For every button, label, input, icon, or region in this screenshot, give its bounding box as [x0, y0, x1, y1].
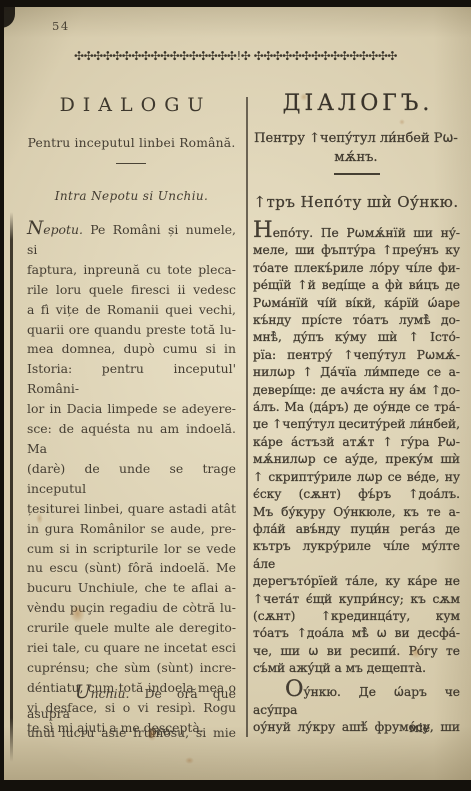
paragraph-line: рїа: пентру́ ↑чепу́тул Рѡмѫ́- [253, 347, 460, 364]
right-column-title: ДІАЛОГЪ. [252, 91, 460, 116]
right-paragraph-1: Непо́ту. Пе Рѡмѫ́нїй ши ну́- меле, ши фъ… [253, 223, 460, 678]
paragraph-line: фла́й авъ́нду пуци́н рега́з де [253, 521, 460, 538]
left-catchword: pre- [27, 723, 236, 738]
paragraph-line: lor in Dacia limpede se adeyere- [27, 399, 236, 419]
paragraph-line: crurile quele multe ale deregito- [27, 618, 236, 638]
paragraph-line: кътръ лукру́риле чі́ле му́лте а́ле [253, 538, 460, 573]
paragraph-line: џе ↑чепу́тул цеситу́рей ли́нбей, [253, 416, 460, 433]
paragraph-line: ре́щїй ↑й веді́ще а фѝ ви́цъ де [253, 277, 460, 294]
paragraph-line: sce: de aquésta nu am indoelă. Ma [27, 419, 236, 459]
speaker-name: Nepotu. [27, 220, 83, 240]
paragraph-line: a fì vițe de Romanii quei vechi, [27, 300, 236, 320]
paragraph-line: ↑ скрипту́риле лѡр се ве́де, ну [253, 469, 460, 486]
paragraph-line: bucuru Unchiule, che te aflai a- [27, 578, 236, 598]
subtitle-line: мѫ́нъ. [252, 148, 460, 167]
paragraph-line: къ́нду прі́сте то́атъ лумѣ̀ до- [253, 312, 460, 329]
paragraph-line: ка́ре а́стъзй атѫ́т ↑ гу́ра Рѡ- [253, 434, 460, 451]
foxing-stain [399, 119, 405, 125]
paragraph-line: (сѫнт) ↑крединца́ту, кум [253, 608, 460, 625]
paragraph-line: riei tale, cu quare ne incetat esci [27, 638, 236, 658]
ornament-row-icon: ✣✣✣✣✣✣✣✣✣✣✣✣✣✣✣✣✣!✣ ✣✣✣✣✣✣✣✣✣✣✣✣✣✣✣ [28, 49, 443, 63]
paragraph-first-line: Unchiu. De oră que asupra [27, 684, 236, 723]
paragraph-line: faptura, inpreună cu tote pleca- [27, 260, 236, 280]
paragraph-line: mea domnea, dupò cumu si in [27, 339, 236, 359]
column-divider-rule [246, 97, 248, 737]
paragraph-first-line: Nepotu. Pe Români și numele, si [27, 220, 236, 260]
right-section-heading: ↑тръ Непо́ту шѝ Оу́нкю. [252, 193, 460, 211]
paragraph-lines: меле, ши фъпту́ра ↑преу́нъ куто́ате плек… [253, 242, 460, 677]
paragraph-line: nu escu (sùnt) fôră indoelă. Me [27, 558, 236, 578]
paragraph-line: є́ску (сѫнт) фъ́ръ ↑доа́лъ. [253, 486, 460, 503]
paragraph-first-line: Оу́нкю. Де ѡ́аръ че асу́пра [253, 682, 460, 719]
speaker-name: Непо́ту. [253, 223, 313, 242]
paragraph-line: rile loru quele firesci ii vedesc [27, 280, 236, 300]
book-page-photo: 54 ✣✣✣✣✣✣✣✣✣✣✣✣✣✣✣✣✣!✣ ✣✣✣✣✣✣✣✣✣✣✣✣✣✣✣ D… [0, 0, 471, 791]
paragraph-line: (darè) de unde se trage inceputul [27, 459, 236, 499]
paragraph-line: дерегъто́рїей та́ле, ку ка́ре не [253, 573, 460, 590]
right-column-subtitle: Пентру ↑чепу́тул ли́нбей Рѡ- мѫ́нъ. [252, 129, 460, 167]
paragraph-line: vèndu puçin regadiu de còtră lu- [27, 598, 236, 618]
speaker-name: Unchiu. [51, 684, 129, 704]
subtitle-line: Пентру ↑чепу́тул ли́нбей Рѡ- [252, 129, 460, 148]
paragraph-lines: faptura, inpreună cu tote pleca-rile lor… [27, 260, 236, 738]
page-gutter-shadow [10, 212, 13, 762]
right-catchword: міе [253, 721, 460, 735]
paragraph-line: țesiturei linbei, quare astadi atât [27, 499, 236, 519]
paragraph-line: in gura Românilor se aude, pre- [27, 519, 236, 539]
paragraph-line: меле, ши фъпту́ра ↑преу́нъ ку [253, 242, 460, 259]
left-column-subtitle: Pentru inceputul linbei Română. [22, 136, 241, 150]
paragraph-line: мнѣ̀, ду́пъ ку́му шѝ ↑ Істо́- [253, 329, 460, 346]
paragraph-line: девері́ще: де ачя́ста ну а́м ↑до- [253, 382, 460, 399]
paragraph-line: Рѡма́нїй чі́й ві́кй, ка́рїй ѡ́аре [253, 295, 460, 312]
foxing-stain [185, 757, 194, 764]
paragraph-line: а́лъ. Ма (да́ръ) де оу́нде се тра́- [253, 399, 460, 416]
paragraph-first-line: Непо́ту. Пе Рѡмѫ́нїй ши ну́- [253, 223, 460, 242]
paragraph-line: cum si in scripturile lor se vede [27, 539, 236, 559]
page-paper: 54 ✣✣✣✣✣✣✣✣✣✣✣✣✣✣✣✣✣!✣ ✣✣✣✣✣✣✣✣✣✣✣✣✣✣✣ D… [4, 7, 471, 780]
speaker-name: Оу́нкю. [269, 682, 341, 702]
paragraph-line: съ́мй ажу́цй а мъ дещепта̀. [253, 660, 460, 677]
left-section-heading: Intra Nepotu si Unchiu. [27, 189, 236, 203]
paragraph-line: нилѡр ↑ Да́чїа ли́мпеде се а- [253, 364, 460, 381]
paragraph-line: Мъ бу́куру Оу́нкюле, къ те а- [253, 504, 460, 521]
paragraph-line: Istoria: pentru inceputul' Români- [27, 359, 236, 399]
paragraph-line: quarii ore quandu preste totă lu- [27, 320, 236, 340]
left-column-title: DIALOGU [27, 94, 236, 116]
right-divider-rule [334, 173, 380, 175]
paragraph-line: то́атъ ↑доа́ла мѣ̀ ѡ ви десфа́- [253, 625, 460, 642]
paragraph-line: ↑чета́т є́щй купри́нсу; къ сѫм [253, 591, 460, 608]
left-paragraph-1: Nepotu. Pe Români și numele, si faptura,… [27, 220, 236, 738]
left-divider-rule [116, 163, 146, 164]
paragraph-line: cuprénsu; che sùm (sùnt) incre- [27, 658, 236, 678]
page-number: 54 [52, 19, 70, 33]
paragraph-line: то́ате плекъ́риле ло́ру чі́ле фи- [253, 260, 460, 277]
paragraph-line: мѫ́нилѡр се ау́де, преку́м шѝ [253, 451, 460, 468]
paragraph-line: че, ши ѡ ви ресипи́. Ро́гу те [253, 643, 460, 660]
paragraph-line: Пе Рѡмѫ́нїй ши ну́- [321, 226, 460, 240]
